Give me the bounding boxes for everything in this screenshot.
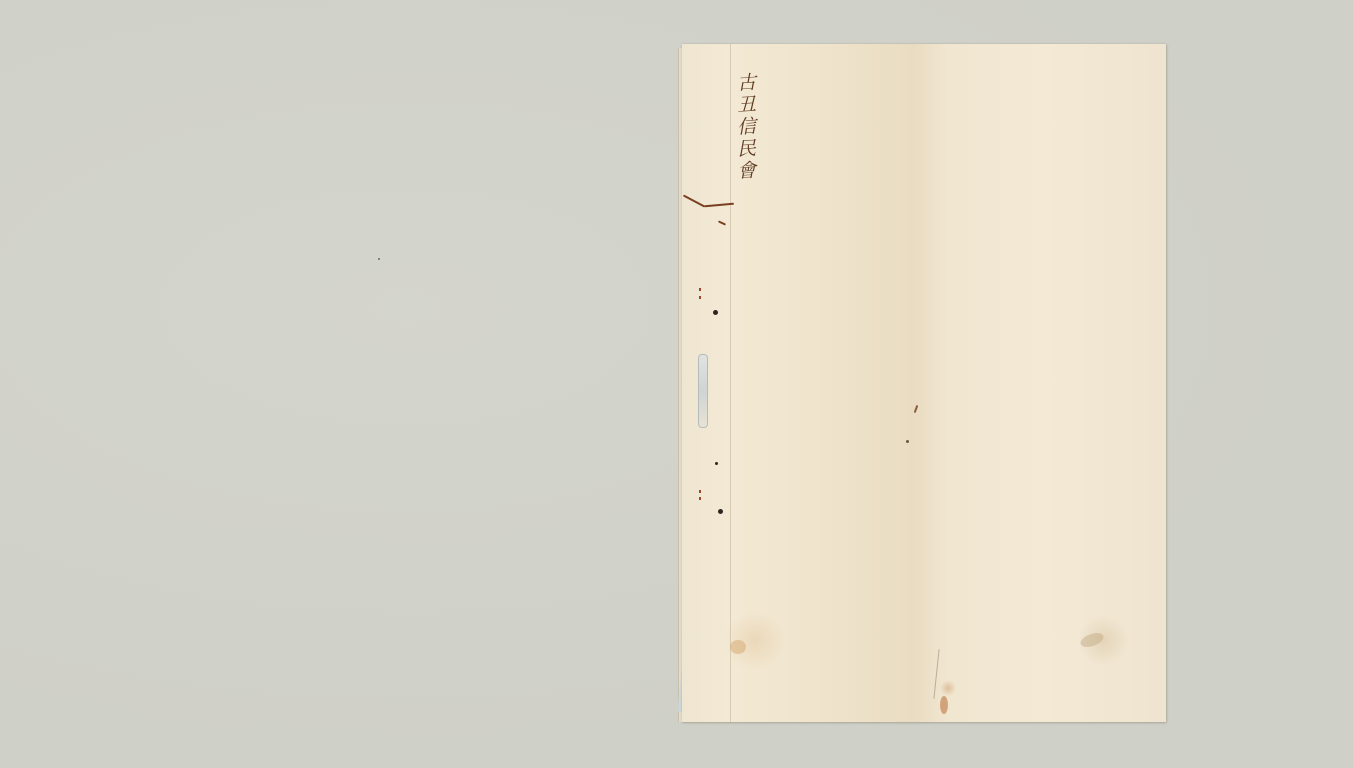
paper-speck (906, 440, 909, 443)
title-char: 會 (737, 159, 758, 182)
title-char: 丑 (737, 93, 758, 116)
title-char: 古 (737, 71, 758, 94)
booklet: 古 丑 信 民 會 (678, 44, 1166, 724)
thread-mark (699, 296, 701, 299)
foxing-stain (1079, 630, 1106, 649)
ink-stroke (718, 220, 726, 225)
scan-background: 古 丑 信 民 會 (0, 0, 1353, 768)
binding-thread (698, 354, 708, 428)
booklet-cover: 古 丑 信 民 會 (682, 44, 1166, 722)
thread-mark (699, 288, 701, 291)
title-char: 信 (737, 115, 758, 138)
binding-hole (713, 310, 718, 315)
binding-hole (718, 509, 723, 514)
title-char: 民 (737, 137, 758, 160)
thread-mark (699, 490, 701, 493)
ink-speck (914, 405, 919, 413)
foxing-stain (940, 696, 948, 714)
binding-hole (715, 462, 718, 465)
thread-mark (699, 497, 701, 500)
spine-fold-line (730, 44, 731, 722)
ink-stroke (683, 194, 705, 207)
foxing-stain (730, 640, 746, 654)
paper-crease (933, 649, 939, 699)
dust-speck (378, 258, 380, 260)
cover-title: 古 丑 信 民 會 (734, 72, 760, 182)
